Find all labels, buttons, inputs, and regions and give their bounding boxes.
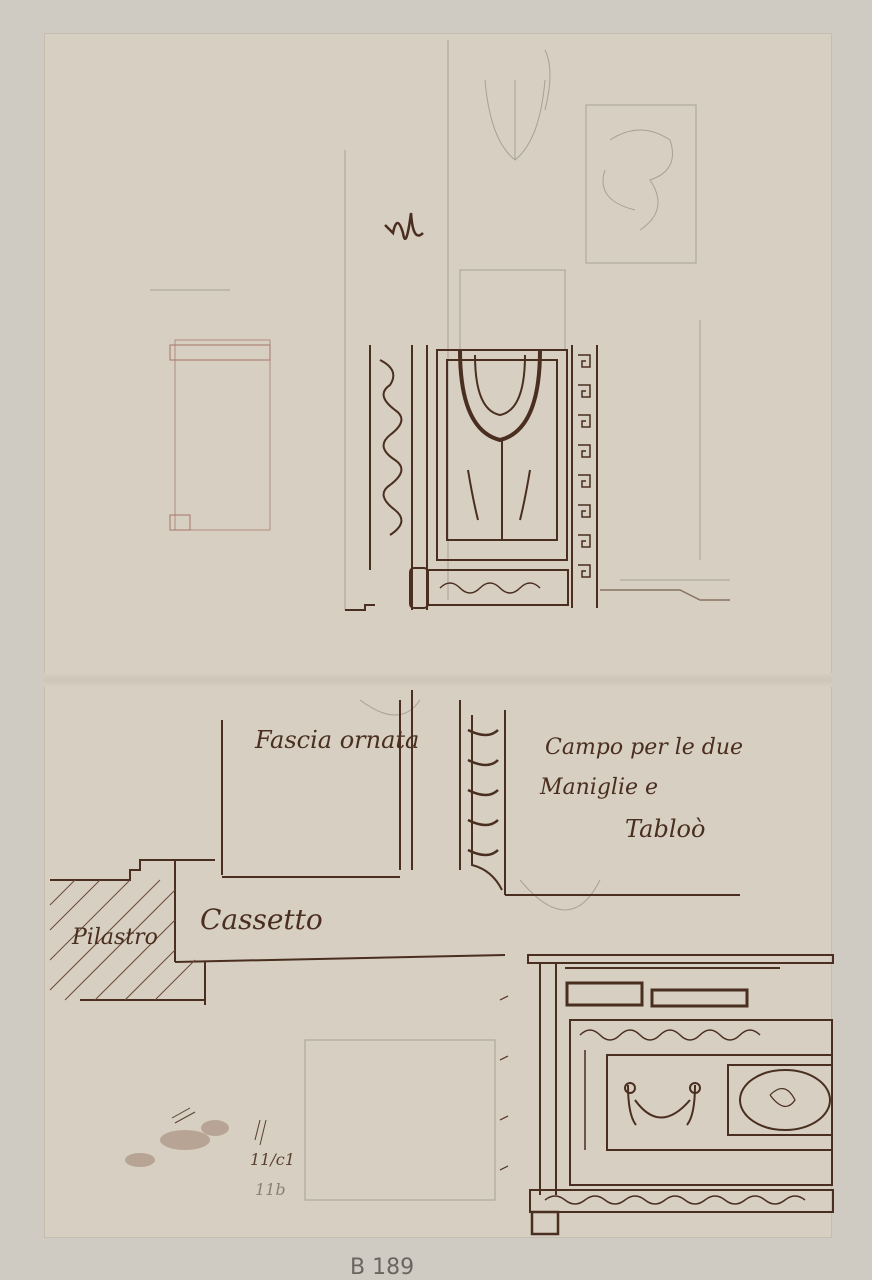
ink-smudges	[125, 1120, 229, 1167]
label-campo-line2: Maniglie e	[540, 775, 658, 800]
shelfmark: B 189	[350, 1255, 414, 1280]
scribble-line2: 11b	[255, 1180, 286, 1199]
top-m-mark	[385, 213, 423, 239]
label-campo-line3: Tabloò	[625, 815, 705, 843]
label-fascia-ornata: Fascia ornata	[255, 726, 419, 754]
scribble-line1: 11/c1	[250, 1150, 295, 1169]
label-campo-line1: Campo per le due	[545, 735, 743, 760]
label-cassetto: Cassetto	[200, 903, 323, 936]
lower-commode-detail	[500, 955, 833, 1234]
label-pilastro: Pilastro	[72, 925, 158, 950]
faint-pencil-sketches	[150, 40, 730, 1200]
upper-panel-elevation	[345, 345, 730, 610]
drawing-layer	[0, 0, 872, 1280]
